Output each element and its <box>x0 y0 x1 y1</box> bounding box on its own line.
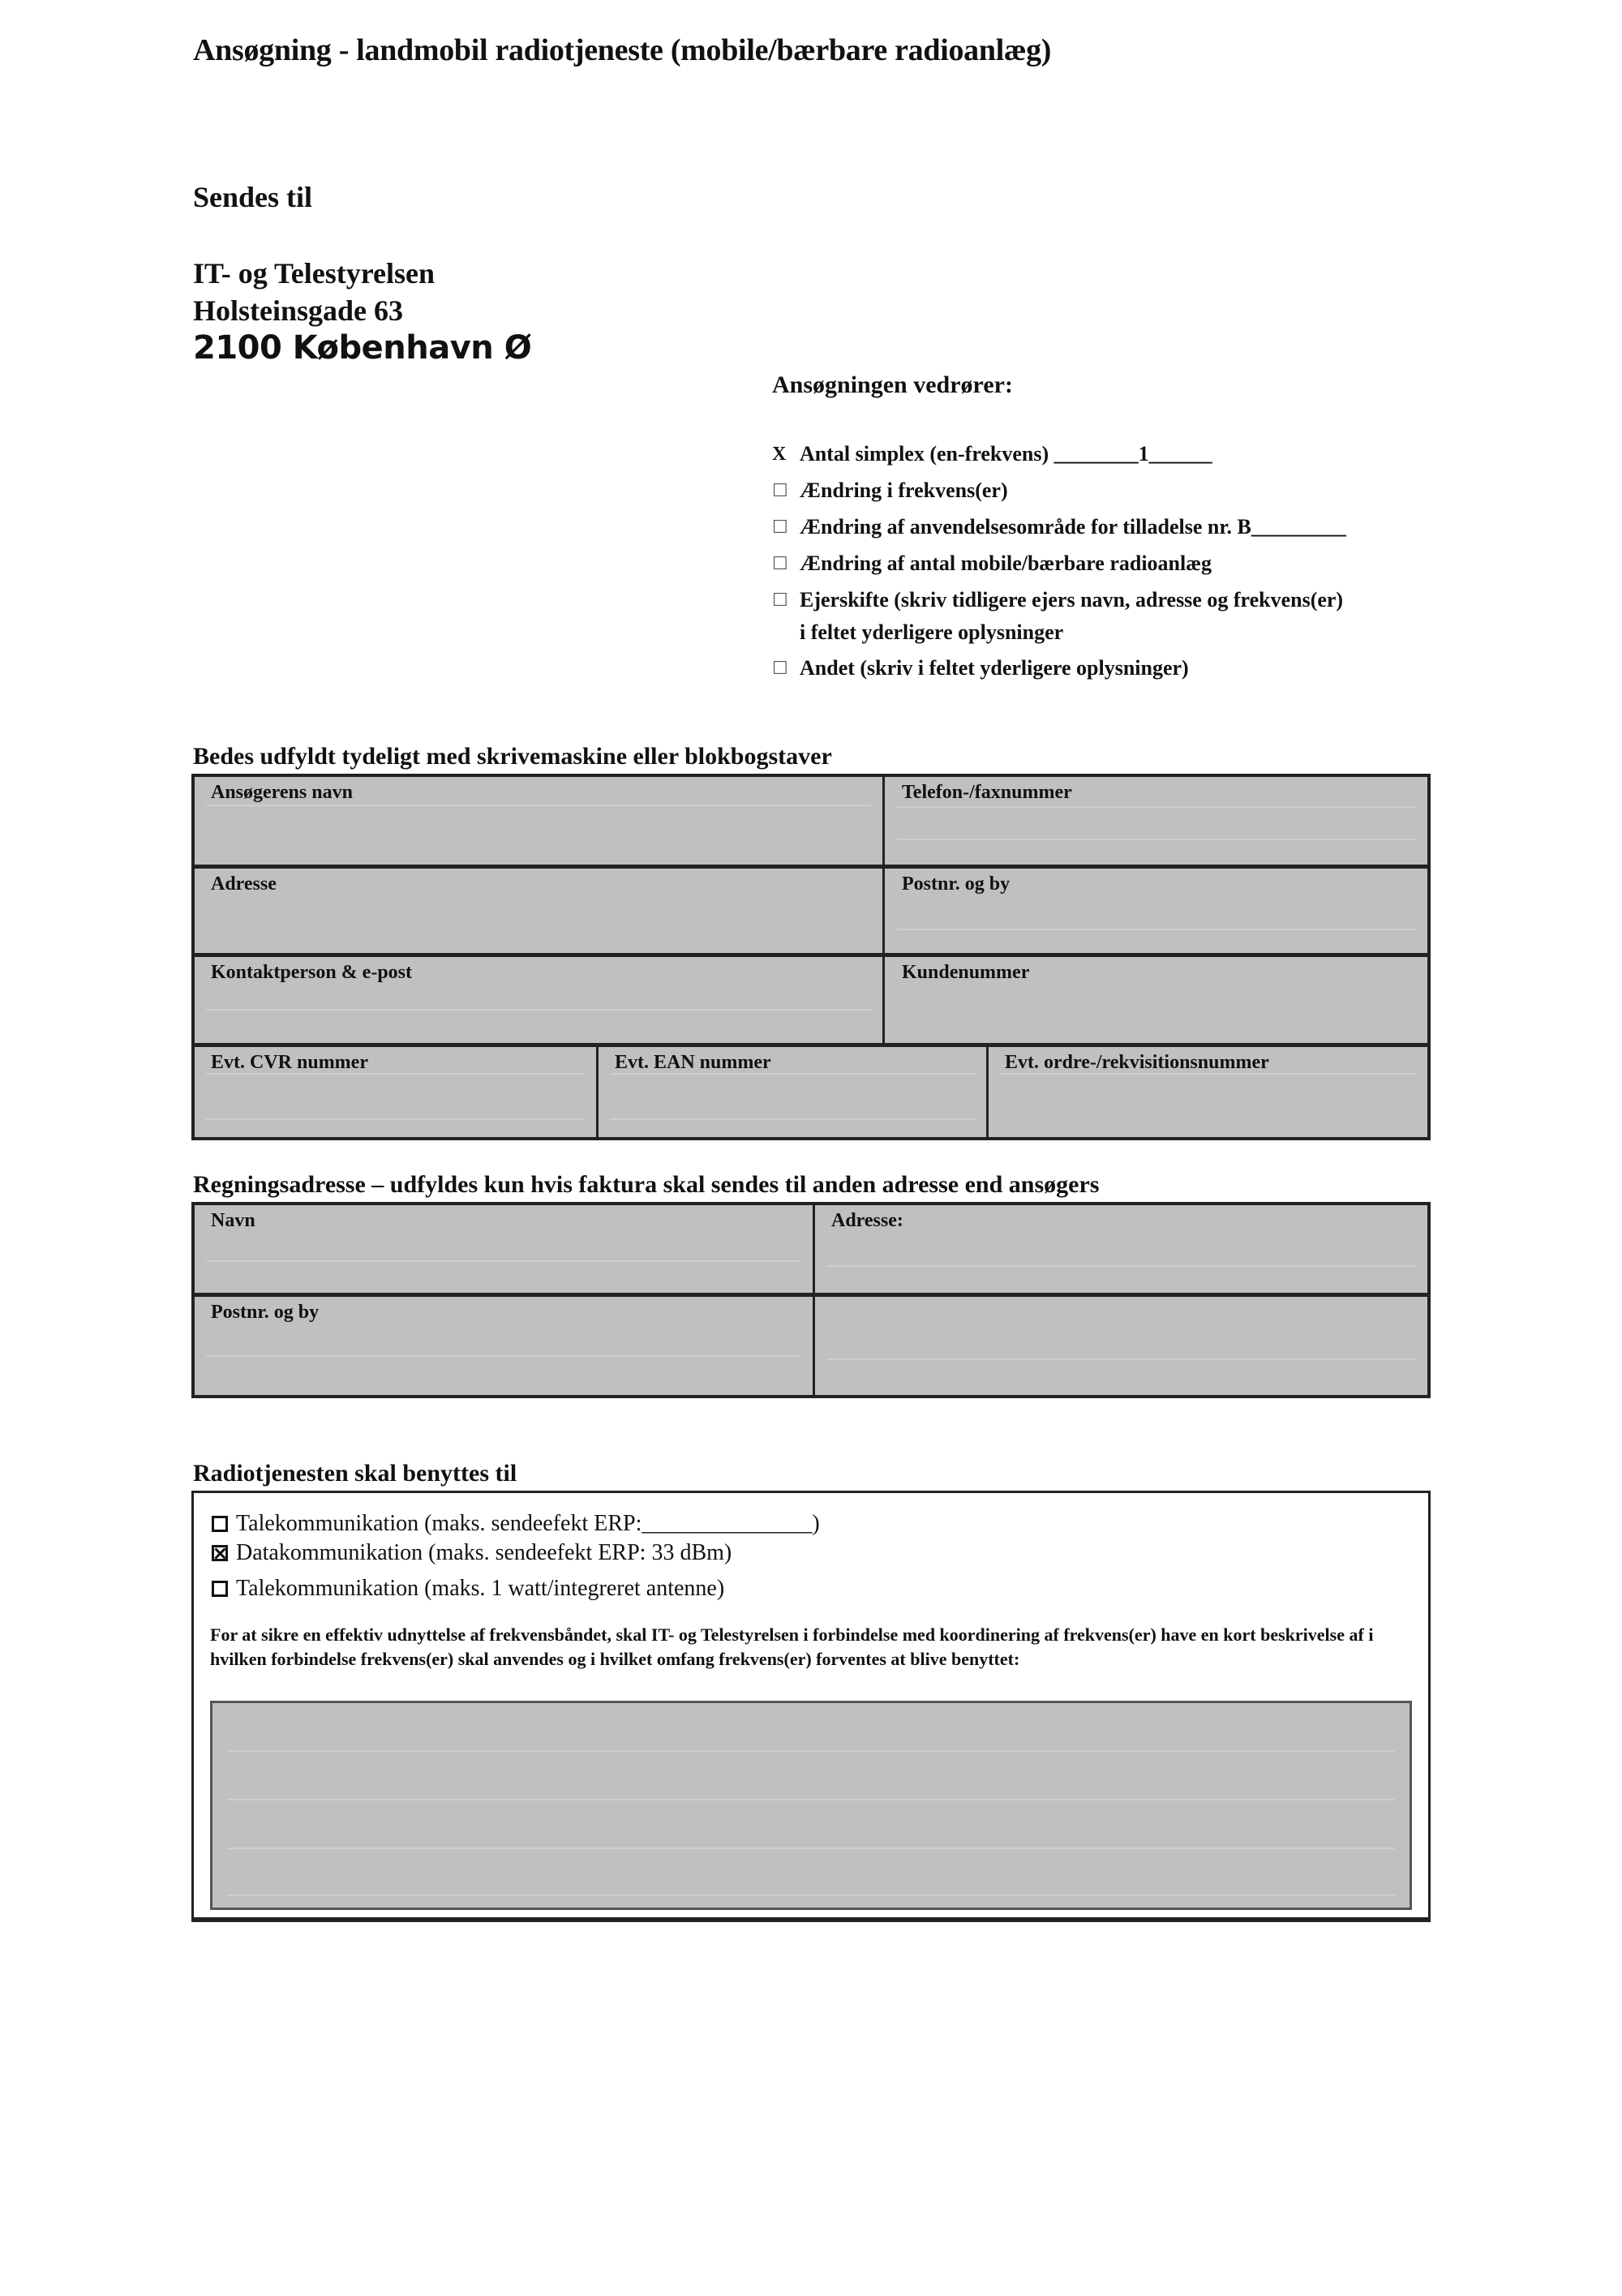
recipient-street: Holsteinsgade 63 <box>193 292 531 329</box>
field-guide-line <box>206 1009 871 1011</box>
field-guide-line <box>227 1895 1395 1896</box>
checkbox-icon[interactable]: ☐ <box>772 511 800 543</box>
field-label: Evt. ordre-/rekvisitionsnummer <box>1005 1052 1269 1074</box>
field-guide-line <box>826 1358 1416 1360</box>
applicant-form-grid: Ansøgerens navn Telefon-/faxnummer Adres… <box>191 774 1431 1140</box>
concern-label-line2: i feltet yderligere oplysninger <box>800 620 1063 644</box>
usage-box: Talekommunikation (maks. sendeefekt ERP:… <box>191 1491 1431 1922</box>
billing-section-heading: Regningsadresse – udfyldes kun hvis fakt… <box>193 1171 1099 1199</box>
checkbox-icon[interactable]: ☐ <box>772 547 800 580</box>
concern-label: Ejerskifte (skriv tidligere ejers navn, … <box>800 584 1437 649</box>
usage-option-label: Talekommunikation (maks. 1 watt/integrer… <box>236 1576 724 1602</box>
billing-name-field[interactable]: Navn <box>195 1205 813 1293</box>
field-label: Postnr. og by <box>902 873 1010 895</box>
field-guide-line <box>206 1260 801 1262</box>
recipient-city: 2100 København Ø <box>193 329 531 367</box>
ean-number-field[interactable]: Evt. EAN nummer <box>599 1047 986 1137</box>
field-guide-line <box>610 1073 975 1075</box>
usage-section-heading: Radiotjenesten skal benyttes til <box>193 1460 517 1487</box>
phone-fax-field[interactable]: Telefon-/faxnummer <box>886 777 1427 865</box>
applicant-name-field[interactable]: Ansøgerens navn <box>195 777 882 865</box>
field-label: Evt. CVR nummer <box>211 1052 368 1074</box>
concern-item-usage-area-change[interactable]: ☐ Ændring af anvendelsesområde for tilla… <box>772 511 1437 547</box>
field-guide-line <box>610 1118 975 1120</box>
field-guide-line <box>897 929 1416 930</box>
concern-label-line1: Ejerskifte (skriv tidligere ejers navn, … <box>800 588 1343 612</box>
concern-label: Andet (skriv i feltet yderligere oplysni… <box>800 652 1437 685</box>
billing-address-field[interactable]: Adresse: <box>815 1205 1427 1293</box>
column-divider <box>882 777 885 1045</box>
concern-item-frequency-change[interactable]: ☐ Ændring i frekvens(er) <box>772 474 1437 511</box>
field-label: Telefon-/faxnummer <box>902 782 1072 804</box>
billing-extra-field[interactable] <box>815 1297 1427 1395</box>
field-guide-line <box>227 1848 1395 1849</box>
field-guide-line <box>1000 1073 1416 1075</box>
field-label: Adresse: <box>831 1210 903 1232</box>
field-label: Evt. EAN nummer <box>615 1052 771 1074</box>
recipient-organization: IT- og Telestyrelsen <box>193 255 531 292</box>
checked-mark-icon[interactable]: X <box>772 438 800 470</box>
concern-item-device-count-change[interactable]: ☐ Ændring af antal mobile/bærbare radioa… <box>772 547 1437 584</box>
concern-label: Ændring af antal mobile/bærbare radioanl… <box>800 547 1437 580</box>
applicant-section-heading: Bedes udfyldt tydeligt med skrivemaskine… <box>193 743 832 770</box>
usage-option-label: Talekommunikation (maks. sendeefekt ERP:… <box>236 1511 820 1537</box>
document-title: Ansøgning - landmobil radiotjeneste (mob… <box>193 32 1051 68</box>
usage-note: For at sikre en effektiv udnyttelse af f… <box>210 1623 1418 1672</box>
usage-option-voice-erp[interactable]: Talekommunikation (maks. sendeefekt ERP:… <box>212 1511 820 1537</box>
checkbox-unchecked-icon[interactable] <box>212 1516 228 1532</box>
concern-item-other[interactable]: ☐ Andet (skriv i feltet yderligere oplys… <box>772 652 1437 689</box>
checkbox-unchecked-icon[interactable] <box>212 1581 228 1597</box>
concerns-heading: Ansøgningen vedrører: <box>772 371 1013 399</box>
field-label: Kontaktperson & e-post <box>211 962 412 984</box>
contact-person-email-field[interactable]: Kontaktperson & e-post <box>195 957 882 1043</box>
checkbox-icon[interactable]: ☐ <box>772 584 800 616</box>
field-guide-line <box>826 1265 1416 1267</box>
field-guide-line <box>206 1118 585 1120</box>
billing-postal-city-field[interactable]: Postnr. og by <box>195 1297 813 1395</box>
field-guide-line <box>206 1073 585 1075</box>
postal-city-field[interactable]: Postnr. og by <box>886 869 1427 953</box>
usage-option-voice-1watt[interactable]: Talekommunikation (maks. 1 watt/integrer… <box>212 1576 724 1602</box>
checkbox-checked-icon[interactable] <box>212 1545 228 1561</box>
field-guide-line <box>897 839 1416 840</box>
address-field[interactable]: Adresse <box>195 869 882 953</box>
order-requisition-number-field[interactable]: Evt. ordre-/rekvisitionsnummer <box>989 1047 1427 1137</box>
usage-description-field[interactable] <box>210 1701 1412 1910</box>
concern-label: Ændring i frekvens(er) <box>800 474 1437 507</box>
recipient-address: IT- og Telestyrelsen Holsteinsgade 63 21… <box>193 255 531 367</box>
field-guide-line <box>897 806 1416 808</box>
customer-number-field[interactable]: Kundenummer <box>886 957 1427 1043</box>
checkbox-icon[interactable]: ☐ <box>772 474 800 507</box>
concern-item-simplex[interactable]: X Antal simplex (en-frekvens) ________1_… <box>772 438 1437 474</box>
field-label: Navn <box>211 1210 255 1232</box>
send-to-label: Sendes til <box>193 180 312 214</box>
field-label: Postnr. og by <box>211 1302 319 1324</box>
concerns-list: X Antal simplex (en-frekvens) ________1_… <box>772 438 1437 689</box>
concern-label: Ændring af anvendelsesområde for tillade… <box>800 511 1437 543</box>
field-label: Ansøgerens navn <box>211 782 353 804</box>
field-label: Adresse <box>211 873 277 895</box>
usage-option-data[interactable]: Datakommunikation (maks. sendeefekt ERP:… <box>212 1540 732 1566</box>
field-guide-line <box>227 1799 1395 1800</box>
checkbox-icon[interactable]: ☐ <box>772 652 800 685</box>
field-guide-line <box>206 1355 801 1357</box>
usage-option-label: Datakommunikation (maks. sendeefekt ERP:… <box>236 1540 732 1566</box>
cvr-number-field[interactable]: Evt. CVR nummer <box>195 1047 596 1137</box>
field-guide-line <box>206 805 871 806</box>
concern-item-owner-change[interactable]: ☐ Ejerskifte (skriv tidligere ejers navn… <box>772 584 1437 652</box>
billing-form-grid: Navn Adresse: Postnr. og by <box>191 1202 1431 1398</box>
field-guide-line <box>227 1750 1395 1752</box>
field-label: Kundenummer <box>902 962 1029 984</box>
concern-label: Antal simplex (en-frekvens) ________1___… <box>800 438 1437 470</box>
